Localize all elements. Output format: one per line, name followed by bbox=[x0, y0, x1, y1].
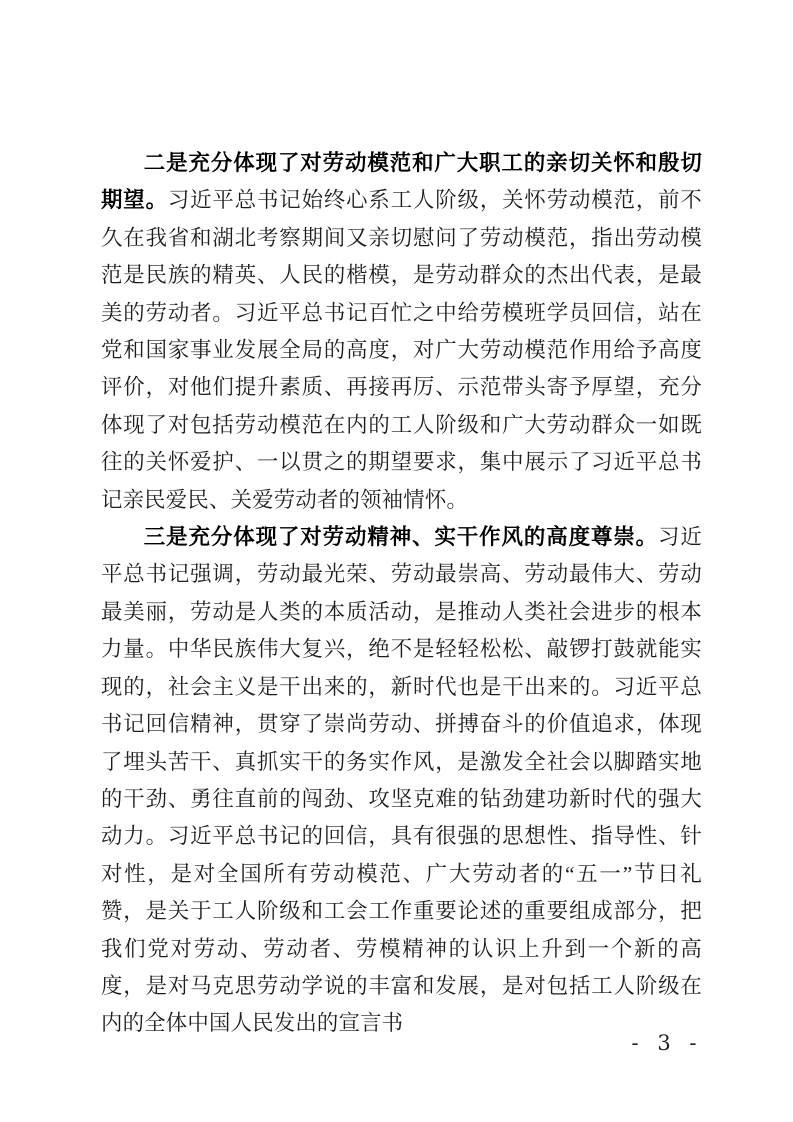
document-body: 二是充分体现了对劳动模范和广大职工的亲切关怀和殷切期望。习近平总书记始终心系工人… bbox=[101, 145, 702, 1043]
paragraph-three-lead: 三是充分体现了对劳动精神、实干作风的高度尊崇。 bbox=[144, 525, 658, 549]
page-number: - 3 - bbox=[617, 1031, 717, 1055]
paragraph-point-three: 三是充分体现了对劳动精神、实干作风的高度尊崇。习近平总书记强调，劳动最光荣、劳动… bbox=[101, 519, 702, 1043]
paragraph-three-text: 习近平总书记强调，劳动最光荣、劳动最崇高、劳动最伟大、劳动最美丽，劳动是人类的本… bbox=[101, 525, 702, 1035]
paragraph-point-two: 二是充分体现了对劳动模范和广大职工的亲切关怀和殷切期望。习近平总书记始终心系工人… bbox=[101, 145, 702, 519]
paragraph-two-text: 习近平总书记始终心系工人阶级，关怀劳动模范，前不久在我省和湖北考察期间又亲切慰问… bbox=[101, 188, 702, 511]
document-page: 二是充分体现了对劳动模范和广大职工的亲切关怀和殷切期望。习近平总书记始终心系工人… bbox=[0, 0, 793, 1122]
